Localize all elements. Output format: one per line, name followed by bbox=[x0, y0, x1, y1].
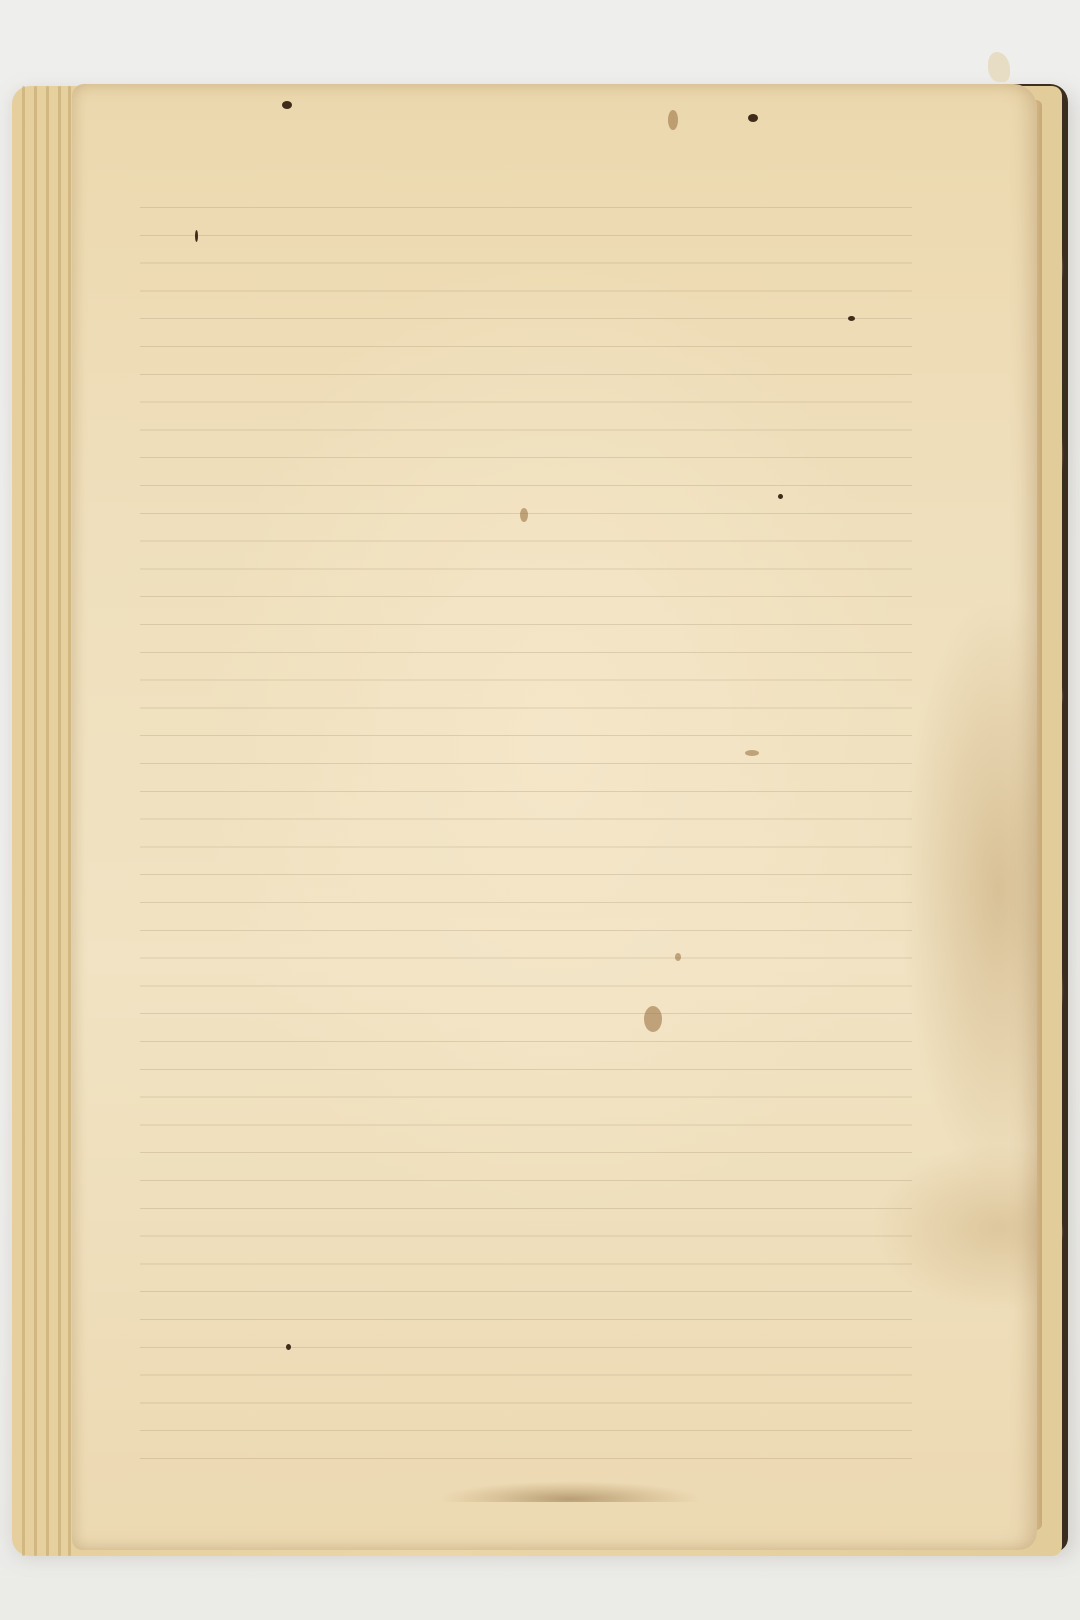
torn-corner bbox=[988, 52, 1010, 82]
stain-spot bbox=[668, 110, 678, 130]
ink-spot bbox=[286, 1344, 291, 1350]
ink-spot bbox=[195, 230, 198, 242]
stain-spot bbox=[520, 508, 528, 522]
page-edge bbox=[68, 86, 71, 1556]
ink-spot bbox=[748, 114, 758, 122]
page-edge bbox=[58, 86, 61, 1556]
stain-spot bbox=[644, 1006, 662, 1032]
water-stain bbox=[440, 1474, 700, 1502]
ink-spot bbox=[778, 494, 783, 499]
ink-spot bbox=[282, 101, 292, 109]
page-edge bbox=[22, 86, 25, 1556]
stain-spot bbox=[675, 953, 681, 961]
ruled-lines bbox=[140, 207, 912, 1462]
page-edge bbox=[34, 86, 37, 1556]
ink-spot bbox=[848, 316, 855, 321]
page-edge bbox=[46, 86, 49, 1556]
stain-spot bbox=[745, 750, 759, 756]
notebook-photo bbox=[0, 0, 1080, 1620]
